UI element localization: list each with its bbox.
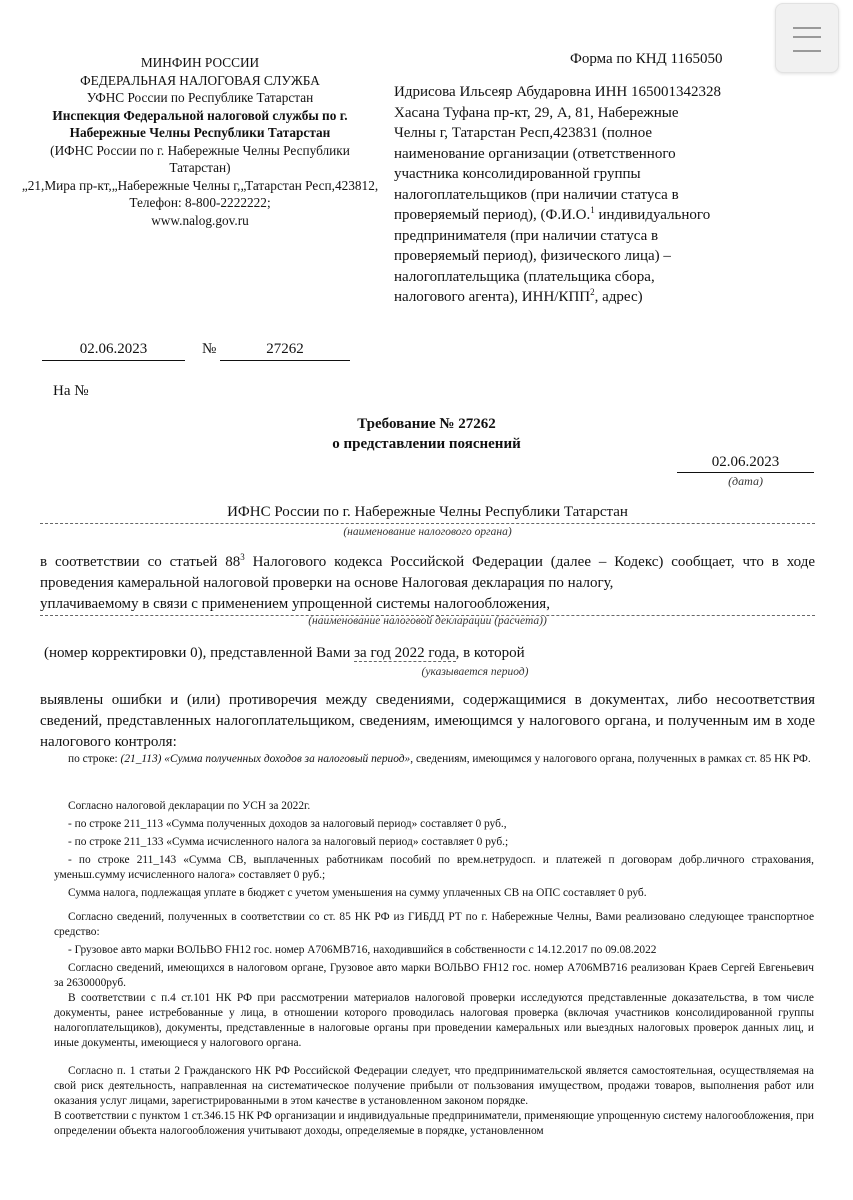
request-date: 02.06.2023 [677, 454, 814, 473]
issuer-line: УФНС России по Республике Татарстан [20, 89, 380, 107]
row-reference: по строке: (21_113) «Сумма полученных до… [54, 752, 814, 767]
civil-code-paragraph: Согласно п. 1 статьи 2 Гражданского НК Р… [54, 1064, 814, 1109]
row-suffix: , сведениям, имеющимся у налогового орга… [410, 753, 811, 765]
usn-item: - по строке 211_133 «Сумма исчисленного … [54, 835, 814, 850]
recipient-text: Идрисова Ильсеяр Абударовна ИНН 16500134… [394, 84, 721, 223]
vehicle-sold-paragraph: Согласно сведений, имеющихся в налоговом… [54, 961, 814, 991]
row-italic: (21_113) «Сумма полученных доходов за на… [121, 753, 411, 765]
form-code: Форма по КНД 1165050 [570, 51, 722, 68]
period-value: за год 2022 года [354, 645, 455, 662]
period-caption: (указывается период) [370, 666, 580, 678]
usn-item: - по строке 211_143 «Сумма СВ, выплаченн… [54, 853, 814, 883]
registration-date: 02.06.2023 [42, 341, 185, 361]
tax-organ-caption: (наименование налогового органа) [40, 526, 815, 538]
usn-total: Сумма налога, подлежащая уплате в бюджет… [54, 886, 814, 901]
declaration-caption: (наименование налоговой декларации (расч… [40, 615, 815, 627]
vehicle-line: - Грузовое авто марки ВОЛЬВО FH12 гос. н… [54, 943, 814, 958]
gibdd-block: Согласно сведений, полученных в соответс… [54, 910, 814, 1051]
issuer-phone: Телефон: 8-800-2222222; [20, 194, 380, 212]
hamburger-menu-icon-line [793, 36, 821, 38]
title-line-1: Требование № 27262 [0, 414, 853, 434]
row-prefix: по строке: [68, 753, 121, 765]
correction-text-2: , в которой [456, 645, 525, 661]
recipient-text-3: , адрес) [595, 289, 643, 305]
article-346-paragraph: В соответствии с пунктом 1 ст.346.15 НК … [54, 1109, 814, 1139]
registration-number: 27262 [220, 341, 350, 361]
intro-text: в соответствии со статьей 88 [40, 554, 240, 570]
gibdd-paragraph: Согласно сведений, полученных в соответс… [54, 910, 814, 940]
hamburger-menu-icon [793, 27, 821, 29]
issuer-line: ФЕДЕРАЛЬНАЯ НАЛОГОВАЯ СЛУЖБА [20, 72, 380, 90]
request-date-caption: (дата) [677, 474, 814, 489]
number-sign: № [202, 341, 216, 358]
civil-block: Согласно п. 1 статьи 2 Гражданского НК Р… [54, 1064, 814, 1139]
usn-item: - по строке 211_113 «Сумма полученных до… [54, 817, 814, 832]
tax-organ-name: ИФНС России по г. Набережные Челны Респу… [40, 504, 815, 524]
hamburger-menu-icon-line [793, 50, 821, 52]
correction-text: (номер корректировки 0), представленной … [44, 645, 354, 661]
declaration-name: уплачиваемому в связи с применением упро… [40, 594, 815, 616]
usn-block: Согласно налоговой декларации по УСН за … [54, 799, 814, 901]
document-title: Требование № 27262 о представлении поясн… [0, 414, 853, 454]
issuer-name: Инспекция Федеральной налоговой службы п… [20, 107, 380, 142]
issuer-block: МИНФИН РОССИИ ФЕДЕРАЛЬНАЯ НАЛОГОВАЯ СЛУЖ… [20, 54, 380, 229]
errors-paragraph: выявлены ошибки и (или) противоречия меж… [40, 690, 815, 753]
issuer-short-name: (ИФНС России по г. Набережные Челны Респ… [20, 142, 380, 177]
usn-title: Согласно налоговой декларации по УСН за … [54, 799, 814, 814]
intro-paragraph: в соответствии со статьей 883 Налогового… [40, 552, 815, 616]
article-101-paragraph: В соответствии с п.4 ст.101 НК РФ при ра… [54, 991, 814, 1051]
issuer-address: „21,Мира пр-кт,„Набережные Челны г,„Тата… [20, 177, 380, 195]
title-line-2: о представлении пояснений [0, 434, 853, 454]
correction-line: (номер корректировки 0), представленной … [44, 645, 525, 662]
recipient-block: Идрисова Ильсеяр Абударовна ИНН 16500134… [394, 82, 724, 308]
menu-button[interactable] [775, 3, 839, 73]
issuer-line: МИНФИН РОССИИ [20, 54, 380, 72]
reply-to-number: На № [53, 383, 89, 400]
issuer-website[interactable]: www.nalog.gov.ru [20, 212, 380, 230]
